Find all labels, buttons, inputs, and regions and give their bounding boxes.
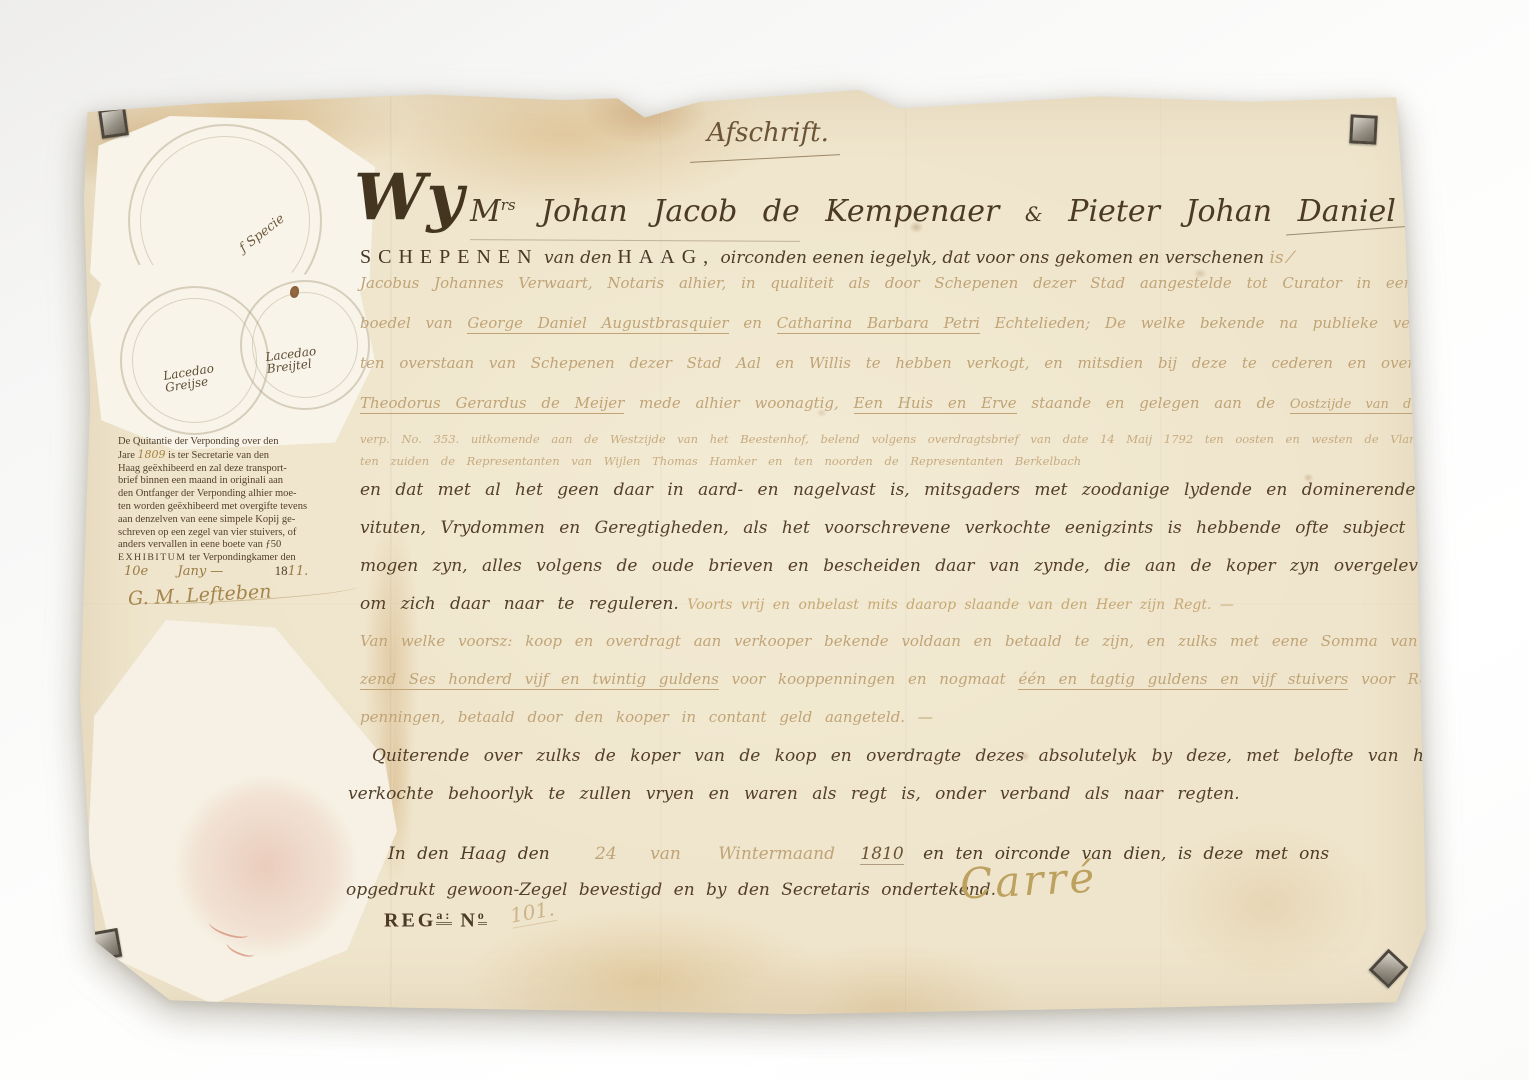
secretary-signature: Carré <box>959 852 1099 908</box>
parchment-sheet: ƒ Specie Lacedao Greijse Lacedao Breijte… <box>78 88 1430 1016</box>
underlined-name: Catharina Barbara Petri <box>777 314 980 334</box>
margin-line: schreven op een zegel van vier stuivers,… <box>118 527 356 540</box>
document-title: Afschrift. <box>638 118 898 148</box>
handwritten-month: Jany — <box>178 564 224 579</box>
underlined-sum: zend Ses honderd vijf en twintig guldens <box>360 670 719 690</box>
schepen-name-1: Johan Jacob de Kempenaer <box>541 194 999 229</box>
schepen-name-2: Pieter Johan Daniel Patijn <box>1068 194 1508 229</box>
ampersand: & <box>1025 202 1043 226</box>
body-line: Quiterende over zulks de koper van de ko… <box>372 746 1528 766</box>
handwritten-year: 1809 <box>138 448 166 461</box>
exhibitum-date: 10e Jany — 1811. <box>118 565 356 583</box>
body-line: om zich daar naar te reguleren. Voorts v… <box>360 594 1234 614</box>
handwritten-day: 10e <box>124 564 148 579</box>
text-part: boedel van <box>360 314 467 332</box>
registration-label: REGa: No <box>384 908 487 933</box>
body-line: boedel van George Daniel Augustbrasquier… <box>360 314 1469 332</box>
text-part: om zich daar naar te reguleren. <box>360 594 679 614</box>
closing-day: 24 <box>595 844 617 864</box>
seal-paper-lower <box>90 264 375 450</box>
closing-year: 1810 <box>860 844 903 865</box>
body-line: vituten, Vrydommen en Geregtigheden, als… <box>360 518 1471 538</box>
underlined-sum: Drie dui- <box>1430 632 1505 652</box>
haag-caps: HAAG, <box>617 246 715 268</box>
schepenen-rest: oirconden eenen iegelyk, dat voor ons ge… <box>715 248 1269 268</box>
text-part: Echtelieden; De welke bekende na publiek… <box>980 314 1469 332</box>
pencil-rule <box>470 239 800 242</box>
margin-line: ten worden geëxhibeerd met overgifte tev… <box>118 501 356 514</box>
metal-clip-icon <box>98 106 129 138</box>
body-line: ten overstaan van Schepenen dezer Stad A… <box>360 354 1526 372</box>
underlined-phrase: Oostzijde van de Hoogstraat alhier wijk … <box>1290 397 1529 414</box>
reg-text: REG <box>384 910 436 932</box>
body-line: Van welke voorsz: koop en overdragt aan … <box>360 632 1505 650</box>
body-line: penningen, betaald door den kooper in co… <box>360 708 933 726</box>
honorific: M <box>470 194 501 229</box>
faded-tail: Voorts vrij en onbelast mits daarop slaa… <box>679 597 1234 613</box>
margin-line: aan denzelven van eene simpele Kopij ge- <box>118 514 356 527</box>
reg-sup: a: <box>436 908 452 925</box>
opening-initial: Wy <box>354 160 466 235</box>
honorific-sup: rs <box>501 196 516 214</box>
parchment-photo: ƒ Specie Lacedao Greijse Lacedao Breijte… <box>78 88 1430 1016</box>
margin-line: brief binnen een maand in originali aan <box>118 475 356 488</box>
reg-sup: o <box>478 908 487 925</box>
text-part: van <box>650 844 681 864</box>
text-part: voor kooppenningen en nogmaat <box>719 670 1019 688</box>
body-line: mogen zyn, alles volgens de oude brieven… <box>360 556 1452 576</box>
text-part: en <box>729 314 777 332</box>
verponding-signature: G. M. Lefteben <box>128 581 358 607</box>
metal-clip-icon <box>1349 114 1377 144</box>
underlined-name: Theodorus Gerardus de Meijer <box>360 394 624 414</box>
body-small-line: ten zuiden de Representanten van Wijlen … <box>360 454 1081 468</box>
body-line: zend Ses honderd vijf en twintig guldens… <box>360 670 1484 688</box>
text-part: voor Rantsoen- <box>1348 670 1484 688</box>
verponding-margin-note: De Quitantie der Verponding over den Jar… <box>118 436 356 601</box>
schepenen-line: SCHEPENEN van den HAAG, oirconden eenen … <box>360 246 1292 269</box>
schepenen-caps: SCHEPENEN <box>360 246 539 268</box>
body-small-line: verp. No. 353. uitkomende aan de Westzij… <box>360 432 1476 446</box>
handwritten-year: 11. <box>288 564 309 579</box>
closing-month: Wintermaand <box>718 844 835 864</box>
reg-text: N <box>460 910 477 932</box>
opening-names: Mrs Johan Jacob de Kempenaer & Pieter Jo… <box>470 194 1529 229</box>
margin-line: anders vervallen in eene boete van ƒ50 <box>118 539 356 552</box>
text-part: staande en gelegen aan de <box>1017 394 1290 412</box>
margin-line: Jare 1809 is ter Secretarie van den <box>118 449 356 463</box>
seal-paper-bottom <box>88 620 400 1004</box>
body-line: verkochte behoorlyk te zullen vryen en w… <box>348 784 1240 804</box>
exhibitum-line: EXHIBITUM ter Verpondingkamer den <box>118 552 356 565</box>
metal-clip-icon <box>1369 949 1409 989</box>
closing-line: In den Haag den 24 van Wintermaand 1810 … <box>388 844 1329 864</box>
underlined-name: George Daniel Augustbrasquier <box>467 314 728 334</box>
text-part: mede alhier woonagtig, <box>624 394 853 412</box>
margin-line: den Ontfanger der Verponding alhier moe- <box>118 488 356 501</box>
title-underline <box>690 154 840 163</box>
margin-line: Haag geëxhibeerd en zal deze transport- <box>118 463 356 476</box>
underlined-phrase: Een Huis en Erve <box>854 394 1017 414</box>
registration-number: 101. <box>508 896 556 928</box>
photo-canvas: { "document": { "title": "Afschrift.", "… <box>0 0 1529 1080</box>
underlined-sum: één en tagtig guldens en vijf stuivers <box>1018 670 1348 690</box>
body-line: Theodorus Gerardus de Meijer mede alhier… <box>360 394 1529 412</box>
closing-line-2: opgedrukt gewoon-Zegel bevestigd en by d… <box>346 880 996 900</box>
printed-year: 18 <box>275 563 288 578</box>
text-part: Van welke voorsz: koop en overdragt aan … <box>360 632 1430 650</box>
text-part: In den Haag den <box>388 844 550 864</box>
seal-annotation-right: Lacedao Breijtel <box>265 345 319 375</box>
metal-clip-icon <box>91 928 123 961</box>
body-line: en dat met al het geen daar in aard- en … <box>360 480 1465 500</box>
schepenen-rest-faded: is ⁄ <box>1269 248 1291 268</box>
body-line: Jacobus Johannes Verwaart, Notaris alhie… <box>360 274 1498 292</box>
schepenen-mid: van den <box>539 248 618 268</box>
